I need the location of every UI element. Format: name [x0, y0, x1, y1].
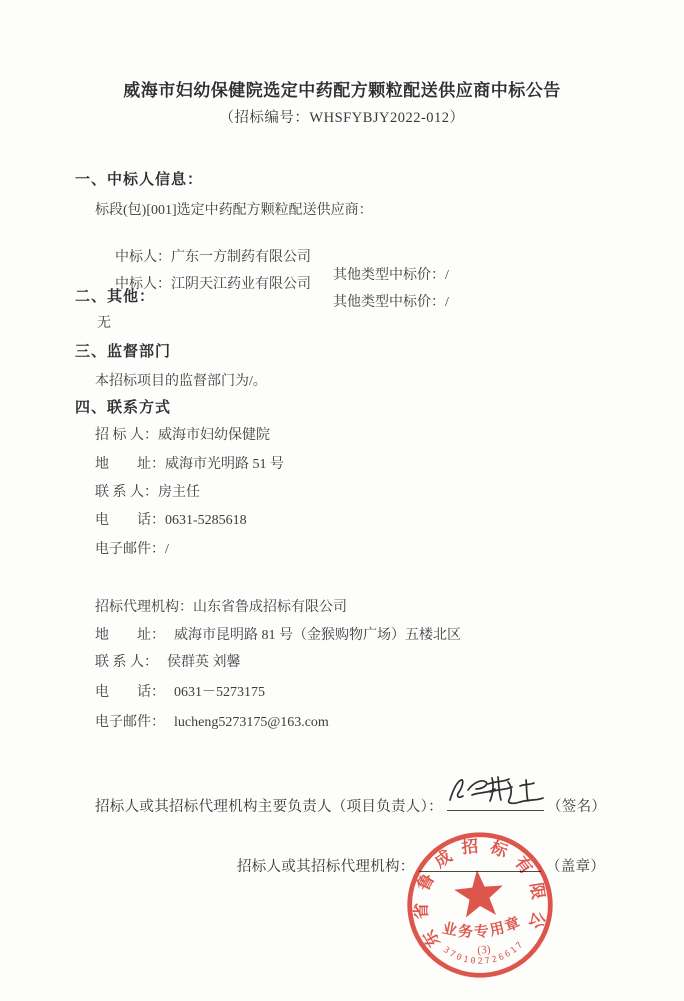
contact-row-agency: 地 址：威海市昆明路 81 号（金猴购物广场）五楼北区	[95, 624, 461, 644]
seal-subtitle-text: 业务专用章	[439, 912, 525, 944]
section3-heading: 三、监督部门	[75, 340, 171, 361]
contact-label: 电子邮件：	[95, 715, 165, 730]
contact-row-agency: 电 话：0631－5273175	[95, 681, 265, 701]
section1-heading: 一、中标人信息：	[75, 168, 203, 189]
section4-heading: 四、联系方式	[75, 396, 171, 417]
contact-label: 电子邮件：	[95, 542, 165, 557]
contact-row-agency: 电子邮件：lucheng5273175@163.com	[95, 711, 329, 731]
contact-label: 联 系 人：	[95, 485, 158, 500]
winner-row: 中标人：广东一方制药有限公司 其他类型中标价：/	[0, 228, 684, 248]
contact-row-tenderer: 电子邮件：/	[95, 538, 169, 558]
contact-label: 电 话：	[95, 513, 165, 528]
contact-value: lucheng5273175@163.com	[174, 715, 329, 730]
contact-row-agency: 联 系 人：侯群英 刘馨	[95, 651, 241, 671]
contact-value: /	[165, 542, 169, 557]
contact-value: 0631－5273175	[174, 685, 265, 700]
price-label: 其他类型中标价：	[333, 295, 445, 310]
lot-line: 标段(包)[001]选定中药配方颗粒配送供应商：	[95, 199, 373, 219]
contact-value: 山东省鲁成招标有限公司	[193, 600, 347, 615]
contact-value: 0631-5285618	[165, 513, 247, 528]
contact-value: 房主任	[158, 485, 200, 500]
seal-number-label: (3)	[477, 944, 491, 957]
tender-number-subtitle: （招标编号：WHSFYBJY2022-012）	[0, 106, 684, 127]
winner-name: 江阴天江药业有限公司	[171, 277, 311, 292]
contact-row-tenderer: 电 话：0631-5285618	[95, 509, 247, 529]
contact-value: 威海市昆明路 81 号（金猴购物广场）五楼北区	[174, 628, 461, 643]
stamp-line-label: 招标人或其招标代理机构：	[237, 855, 415, 876]
contact-row-tenderer: 地 址：威海市光明路 51 号	[95, 453, 284, 473]
contact-row-tenderer: 招 标 人：威海市妇幼保健院	[95, 424, 270, 444]
contact-row-tenderer: 联 系 人：房主任	[95, 481, 200, 501]
contact-value: 威海市妇幼保健院	[158, 428, 270, 443]
stamp-suffix: （盖章）	[546, 855, 605, 876]
contact-label: 地 址：	[95, 457, 165, 472]
handwritten-signature	[446, 774, 548, 810]
contact-label: 电 话：	[95, 685, 165, 700]
svg-text:业务专用章: 业务专用章	[439, 912, 525, 944]
contact-label: 招标代理机构：	[95, 600, 193, 615]
signature-underline	[447, 810, 544, 811]
winner-price-line: 其他类型中标价：/	[333, 291, 449, 311]
document-title: 威海市妇幼保健院选定中药配方颗粒配送供应商中标公告	[0, 76, 684, 101]
contact-value: 侯群英 刘馨	[167, 655, 241, 670]
section2-body: 无	[97, 312, 111, 332]
document-page: 威海市妇幼保健院选定中药配方颗粒配送供应商中标公告 （招标编号：WHSFYBJY…	[0, 0, 684, 1001]
section2-heading: 二、其他：	[75, 285, 155, 306]
price-value: /	[445, 295, 449, 310]
contact-row-agency: 招标代理机构：山东省鲁成招标有限公司	[95, 596, 347, 616]
section3-body: 本招标项目的监督部门为/。	[95, 370, 267, 390]
responsible-person-label: 招标人或其招标代理机构主要负责人（项目负责人）：	[95, 795, 443, 816]
company-seal: 山东省鲁成招标有限公司 业务专用章 (3) 370102726617	[398, 823, 563, 988]
contact-label: 地 址：	[95, 628, 165, 643]
contact-label: 联 系 人：	[95, 655, 158, 670]
seal-star-icon	[453, 868, 506, 918]
contact-label: 招 标 人：	[95, 428, 158, 443]
signature-suffix: （签名）	[547, 795, 606, 816]
contact-value: 威海市光明路 51 号	[165, 457, 284, 472]
winner-row: 中标人：江阴天江药业有限公司 其他类型中标价：/	[0, 255, 684, 275]
